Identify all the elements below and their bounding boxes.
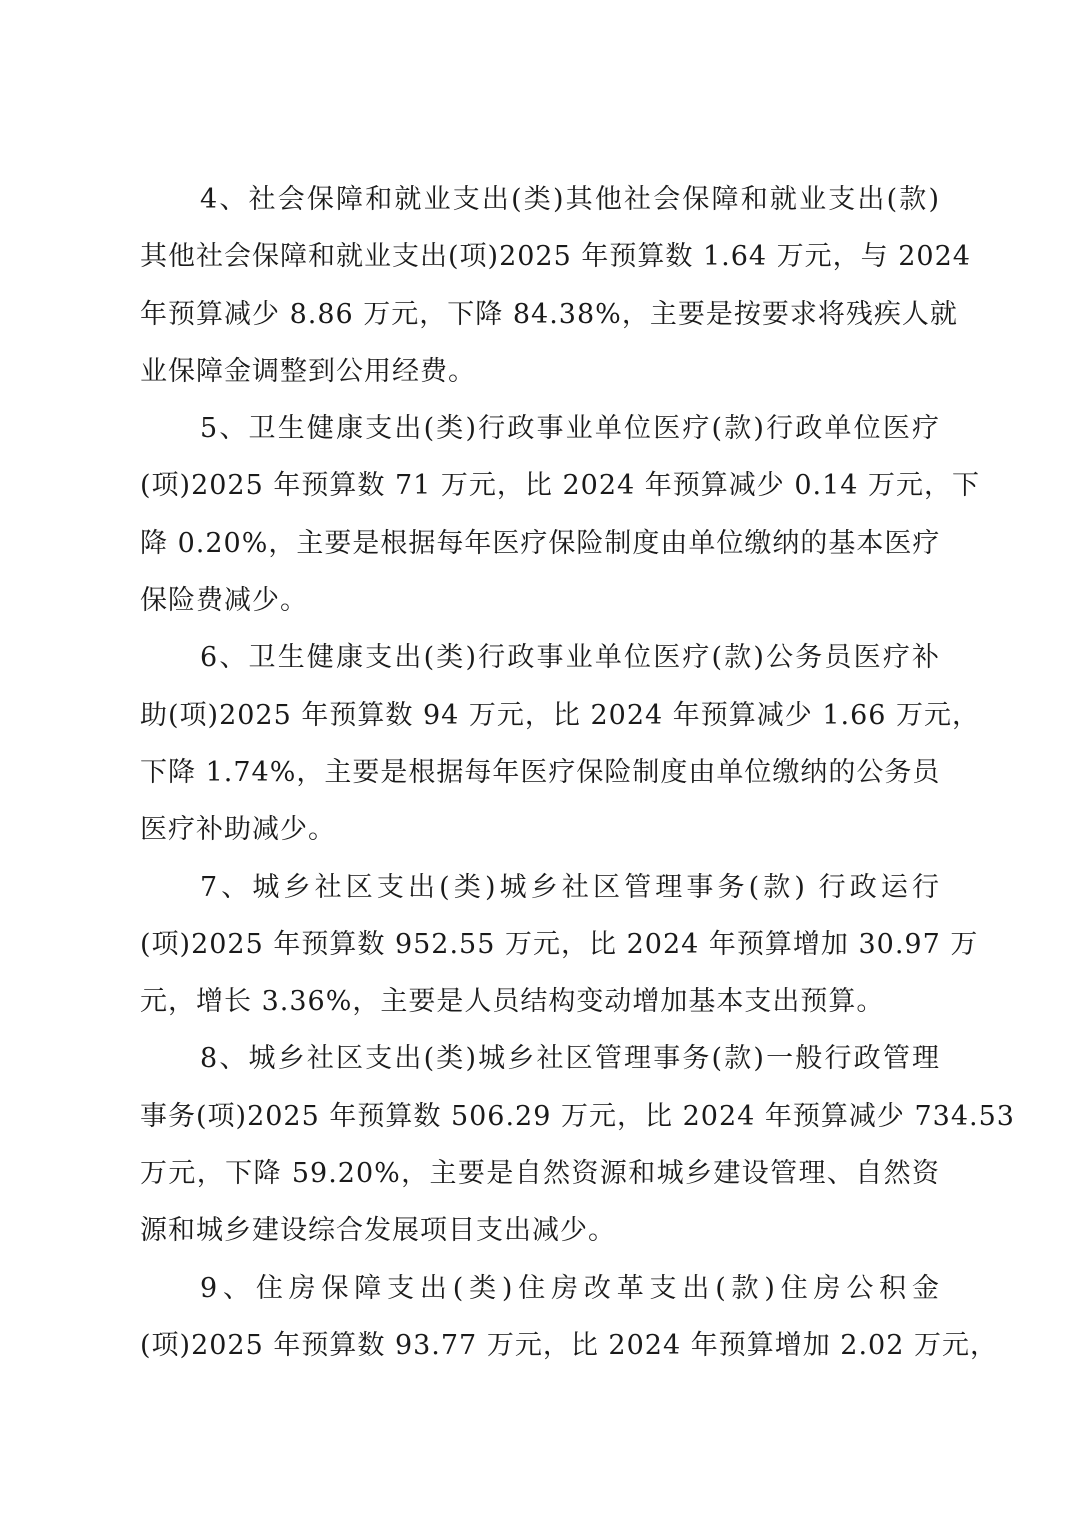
- paragraph-5: 5、卫生健康支出(类)行政事业单位医疗(款)行政单位医疗 (项)2025 年预算…: [140, 405, 940, 634]
- paragraph-line: 其他社会保障和就业支出(项)2025 年预算数 1.64 万元，与 2024: [140, 233, 940, 290]
- paragraph-line: 万元，下降 59.20%，主要是自然资源和城乡建设管理、自然资: [140, 1150, 940, 1207]
- document-page: 4、社会保障和就业支出(类)其他社会保障和就业支出(款) 其他社会保障和就业支出…: [0, 0, 1074, 1520]
- paragraph-line: 业保障金调整到公用经费。: [140, 348, 940, 405]
- paragraph-line: 降 0.20%，主要是根据每年医疗保险制度由单位缴纳的基本医疗: [140, 520, 940, 577]
- paragraph-line: 元，增长 3.36%，主要是人员结构变动增加基本支出预算。: [140, 978, 940, 1035]
- paragraph-line: (项)2025 年预算数 952.55 万元，比 2024 年预算增加 30.9…: [140, 921, 940, 978]
- paragraph-line: 医疗补助减少。: [140, 806, 940, 863]
- paragraph-7: 7、城乡社区支出(类)城乡社区管理事务(款) 行政运行 (项)2025 年预算数…: [140, 864, 940, 1036]
- paragraph-line: 下降 1.74%，主要是根据每年医疗保险制度由单位缴纳的公务员: [140, 749, 940, 806]
- paragraph-9: 9、住房保障支出(类)住房改革支出(款)住房公积金 (项)2025 年预算数 9…: [140, 1265, 940, 1380]
- document-body: 4、社会保障和就业支出(类)其他社会保障和就业支出(款) 其他社会保障和就业支出…: [140, 176, 940, 1379]
- paragraph-line: 源和城乡建设综合发展项目支出减少。: [140, 1207, 940, 1264]
- paragraph-line: 5、卫生健康支出(类)行政事业单位医疗(款)行政单位医疗: [140, 405, 940, 462]
- paragraph-line: (项)2025 年预算数 93.77 万元，比 2024 年预算增加 2.02 …: [140, 1322, 940, 1379]
- paragraph-line: 8、城乡社区支出(类)城乡社区管理事务(款)一般行政管理: [140, 1035, 940, 1092]
- paragraph-line: 4、社会保障和就业支出(类)其他社会保障和就业支出(款): [140, 176, 940, 233]
- paragraph-line: 年预算减少 8.86 万元，下降 84.38%，主要是按要求将残疾人就: [140, 291, 940, 348]
- paragraph-6: 6、卫生健康支出(类)行政事业单位医疗(款)公务员医疗补 助(项)2025 年预…: [140, 634, 940, 863]
- paragraph-line: 6、卫生健康支出(类)行政事业单位医疗(款)公务员医疗补: [140, 634, 940, 691]
- paragraph-line: 7、城乡社区支出(类)城乡社区管理事务(款) 行政运行: [140, 864, 940, 921]
- paragraph-line: 保险费减少。: [140, 577, 940, 634]
- paragraph-line: 助(项)2025 年预算数 94 万元，比 2024 年预算减少 1.66 万元…: [140, 692, 940, 749]
- paragraph-line: 9、住房保障支出(类)住房改革支出(款)住房公积金: [140, 1265, 940, 1322]
- paragraph-8: 8、城乡社区支出(类)城乡社区管理事务(款)一般行政管理 事务(项)2025 年…: [140, 1035, 940, 1264]
- paragraph-4: 4、社会保障和就业支出(类)其他社会保障和就业支出(款) 其他社会保障和就业支出…: [140, 176, 940, 405]
- paragraph-line: (项)2025 年预算数 71 万元，比 2024 年预算减少 0.14 万元，…: [140, 462, 940, 519]
- paragraph-line: 事务(项)2025 年预算数 506.29 万元，比 2024 年预算减少 73…: [140, 1093, 940, 1150]
